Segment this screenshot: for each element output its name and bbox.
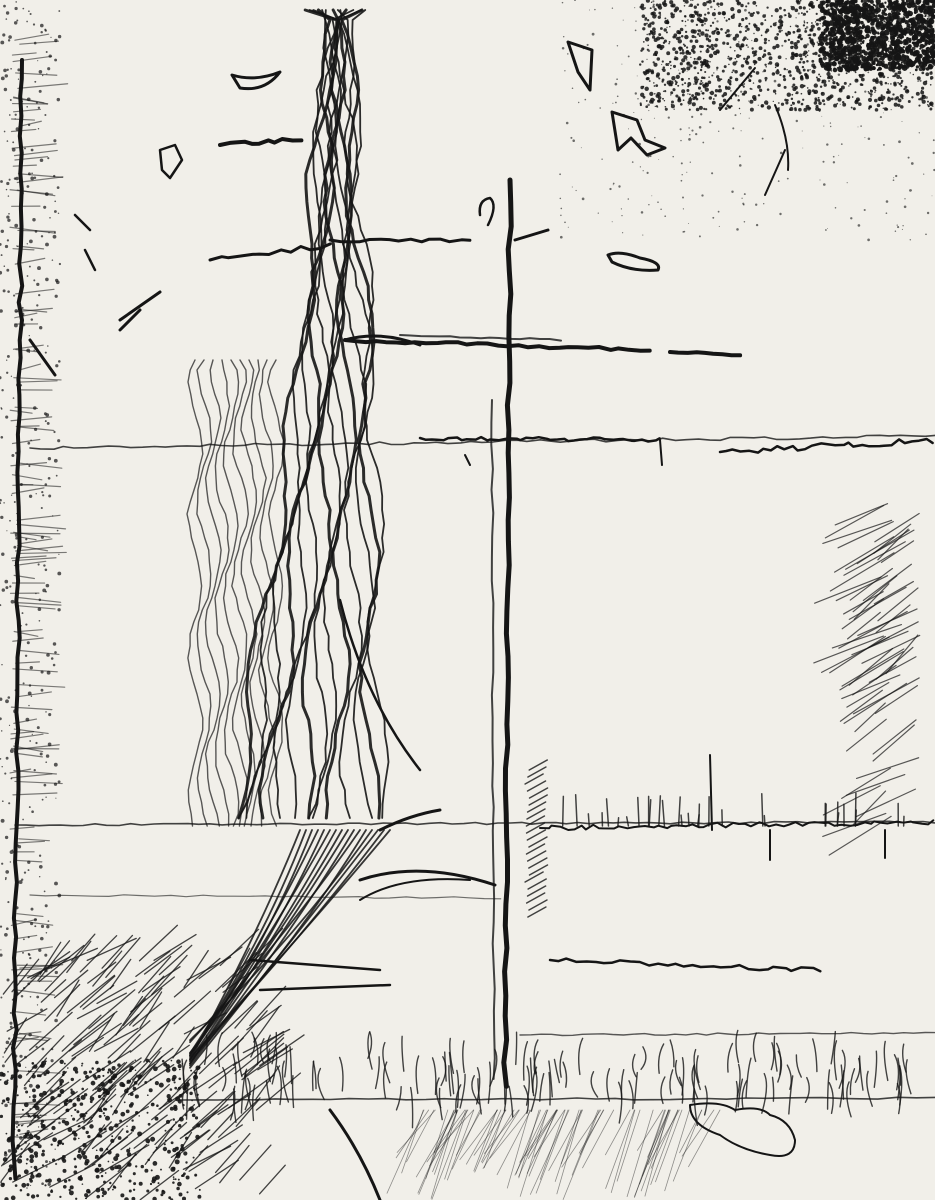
vertical-pole [480,180,548,1086]
ground-grass-strokes [180,1030,935,1199]
artwork-canvas [0,0,935,1200]
artwork-print: Abstract ink print of a tree trunk with … [0,0,935,1200]
top-right-dark-foliage [559,0,935,241]
left-border-hatching [0,1,68,1189]
crossbar [345,335,740,355]
right-edge-hatching [525,504,920,917]
tree-trunk-contours [187,10,495,1068]
upper-horizon-line [30,435,935,465]
